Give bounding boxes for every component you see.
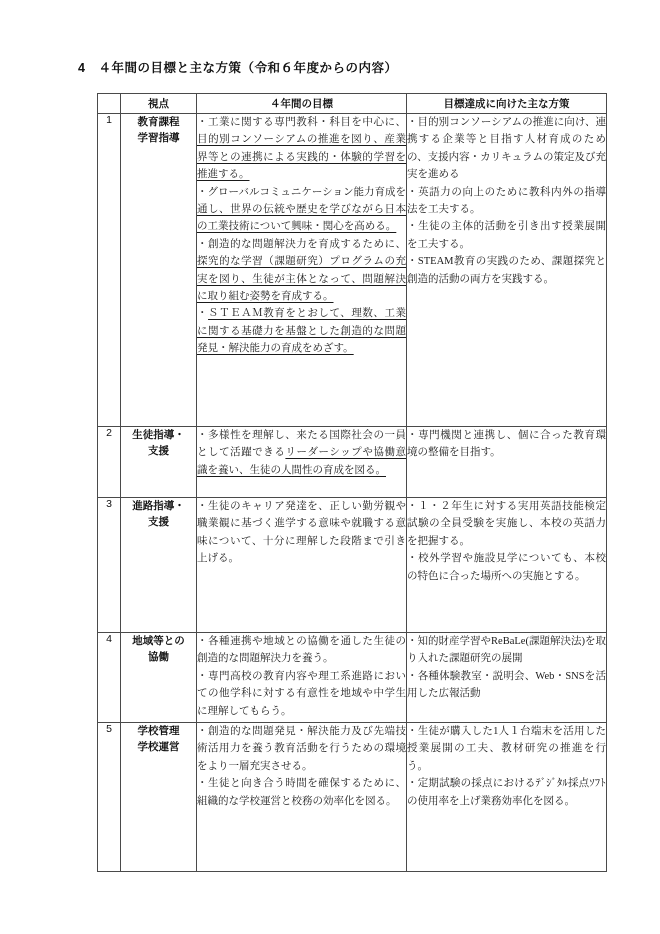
policies-cell: ・生徒が購入した1人１台端末を活用した授業展開の工夫、教材研究の推進を行う。 ・… — [407, 723, 607, 872]
header-policies: 目標達成に向けた主な方策 — [407, 94, 607, 114]
policy-item: ・各種体験教室・説明会、Web・SNSを活用した広報活動 — [407, 668, 606, 703]
goal-item: ・各種連携や地域との協働を通した生徒の創造的な問題解決力を養う。 — [197, 633, 406, 668]
row-number: 4 — [98, 633, 121, 723]
viewpoint-line: 地域等との — [121, 633, 196, 649]
policies-cell: ・目的別コンソーシアムの推進に向け、連携する企業等と目指す人材育成のための、支援… — [407, 114, 607, 427]
viewpoint-line: 学校運営 — [121, 739, 196, 755]
table-row: 1 教育課程 学習指導 ・工業に関する専門教科・科目を中心に、目的別コンソーシア… — [98, 114, 607, 427]
policy-item: ・生徒が購入した1人１台端末を活用した授業展開の工夫、教材研究の推進を行う。 — [407, 723, 606, 775]
goals-cell: ・創造的な問題発見・解決能力及び先端技術活用力を養う教育活動を行うための環境をよ… — [197, 723, 407, 872]
table-row: 2 生徒指導・ 支援 ・多様性を理解し、来たる国際社会の一員として活躍できるリー… — [98, 427, 607, 498]
policies-cell: ・知的財産学習やReBaLe(課題解決法)を取り入れた課題研究の展開 ・各種体験… — [407, 633, 607, 723]
goal-item: ・専門高校の教育内容や理工系進路においての他学科に対する有意性を地域や中学生に理… — [197, 668, 406, 720]
viewpoint-line: 学校管理 — [121, 723, 196, 739]
goal-item: ・生徒のキャリア発達を、正しい勤労観や職業観に基づく進学する意味や就職する意味に… — [197, 498, 406, 568]
viewpoint-line: 協働 — [121, 649, 196, 665]
viewpoint-cell: 学校管理 学校運営 — [121, 723, 197, 872]
goals-cell: ・生徒のキャリア発達を、正しい勤労観や職業観に基づく進学する意味や就職する意味に… — [197, 498, 407, 633]
viewpoint-cell: 教育課程 学習指導 — [121, 114, 197, 427]
goals-policies-table: 視点 ４年間の目標 目標達成に向けた主な方策 1 教育課程 学習指導 ・工業に関… — [97, 93, 607, 872]
viewpoint-cell: 地域等との 協働 — [121, 633, 197, 723]
goal-item: ・工業に関する専門教科・科目を中心に、目的別コンソーシアムの推進を図り、産業界等… — [197, 114, 406, 184]
goals-cell: ・多様性を理解し、来たる国際社会の一員として活躍できるリーダーシップや協働意識を… — [197, 427, 407, 498]
viewpoint-line: 進路指導・ — [121, 498, 196, 514]
table-row: 3 進路指導・ 支援 ・生徒のキャリア発達を、正しい勤労観や職業観に基づく進学す… — [98, 498, 607, 633]
row-number: 5 — [98, 723, 121, 872]
policy-item: ・英語力の向上のために教科内外の指導法を工夫する。 — [407, 184, 606, 219]
policy-item: ・知的財産学習やReBaLe(課題解決法)を取り入れた課題研究の展開 — [407, 633, 606, 668]
policy-item: ・専門機関と連携し、個に合った教育環境の整備を目指す。 — [407, 427, 606, 462]
viewpoint-line: 支援 — [121, 514, 196, 530]
viewpoint-cell: 進路指導・ 支援 — [121, 498, 197, 633]
goals-cell: ・工業に関する専門教科・科目を中心に、目的別コンソーシアムの推進を図り、産業界等… — [197, 114, 407, 427]
viewpoint-line: 教育課程 — [121, 114, 196, 130]
viewpoint-cell: 生徒指導・ 支援 — [121, 427, 197, 498]
document-page: 4 ４年間の目標と主な方策（令和６年度からの内容） 視点 ４年間の目標 目標達成… — [0, 0, 660, 934]
goal-item: ・ＳＴＥＡＭ教育をとおして、理数、工業に関する基礎力を基盤とした創造的な問題発見… — [197, 305, 406, 357]
header-blank — [98, 94, 121, 114]
policy-item: ・目的別コンソーシアムの推進に向け、連携する企業等と目指す人材育成のための、支援… — [407, 114, 606, 184]
goal-item: ・生徒と向き合う時間を確保するために、組織的な学校運営と校務の効率化を図る。 — [197, 775, 406, 810]
table-row: 4 地域等との 協働 ・各種連携や地域との協働を通した生徒の創造的な問題解決力を… — [98, 633, 607, 723]
policies-cell: ・専門機関と連携し、個に合った教育環境の整備を目指す。 — [407, 427, 607, 498]
goal-item: ・創造的な問題発見・解決能力及び先端技術活用力を養う教育活動を行うための環境をよ… — [197, 723, 406, 775]
row-number: 3 — [98, 498, 121, 633]
header-viewpoint: 視点 — [121, 94, 197, 114]
policies-cell: ・１・２年生に対する実用英語技能検定試験の全員受験を実施し、本校の英語力を把握す… — [407, 498, 607, 633]
row-number: 1 — [98, 114, 121, 427]
goal-item: ・多様性を理解し、来たる国際社会の一員として活躍できるリーダーシップや協働意識を… — [197, 427, 406, 479]
policy-item: ・STEAM教育の実践のため、課題探究と創造的活動の両方を実践する。 — [407, 253, 606, 288]
policy-item: ・校外学習や施設見学についても、本校の特色に合った場所への実施とする。 — [407, 550, 606, 585]
header-row: 視点 ４年間の目標 目標達成に向けた主な方策 — [98, 94, 607, 114]
header-goals: ４年間の目標 — [197, 94, 407, 114]
table-row: 5 学校管理 学校運営 ・創造的な問題発見・解決能力及び先端技術活用力を養う教育… — [98, 723, 607, 872]
viewpoint-line: 支援 — [121, 443, 196, 459]
page-title: 4 ４年間の目標と主な方策（令和６年度からの内容） — [78, 58, 397, 76]
policy-item: ・定期試験の採点におけるﾃﾞｼﾞﾀﾙ採点ｿﾌﾄの使用率を上げ業務効率化を図る。 — [407, 775, 606, 810]
row-number: 2 — [98, 427, 121, 498]
goal-item: ・グローバルコミュニケーション能力育成を通し、世界の伝統や歴史を学びながら日本の… — [197, 184, 406, 236]
policy-item: ・１・２年生に対する実用英語技能検定試験の全員受験を実施し、本校の英語力を把握す… — [407, 498, 606, 550]
viewpoint-line: 学習指導 — [121, 130, 196, 146]
policy-item: ・生徒の主体的活動を引き出す授業展開を工夫する。 — [407, 218, 606, 253]
viewpoint-line: 生徒指導・ — [121, 427, 196, 443]
goals-cell: ・各種連携や地域との協働を通した生徒の創造的な問題解決力を養う。 ・専門高校の教… — [197, 633, 407, 723]
goal-item: ・創造的な問題解決力を育成するために、探究的な学習（課題研究）プログラムの充実を… — [197, 236, 406, 306]
